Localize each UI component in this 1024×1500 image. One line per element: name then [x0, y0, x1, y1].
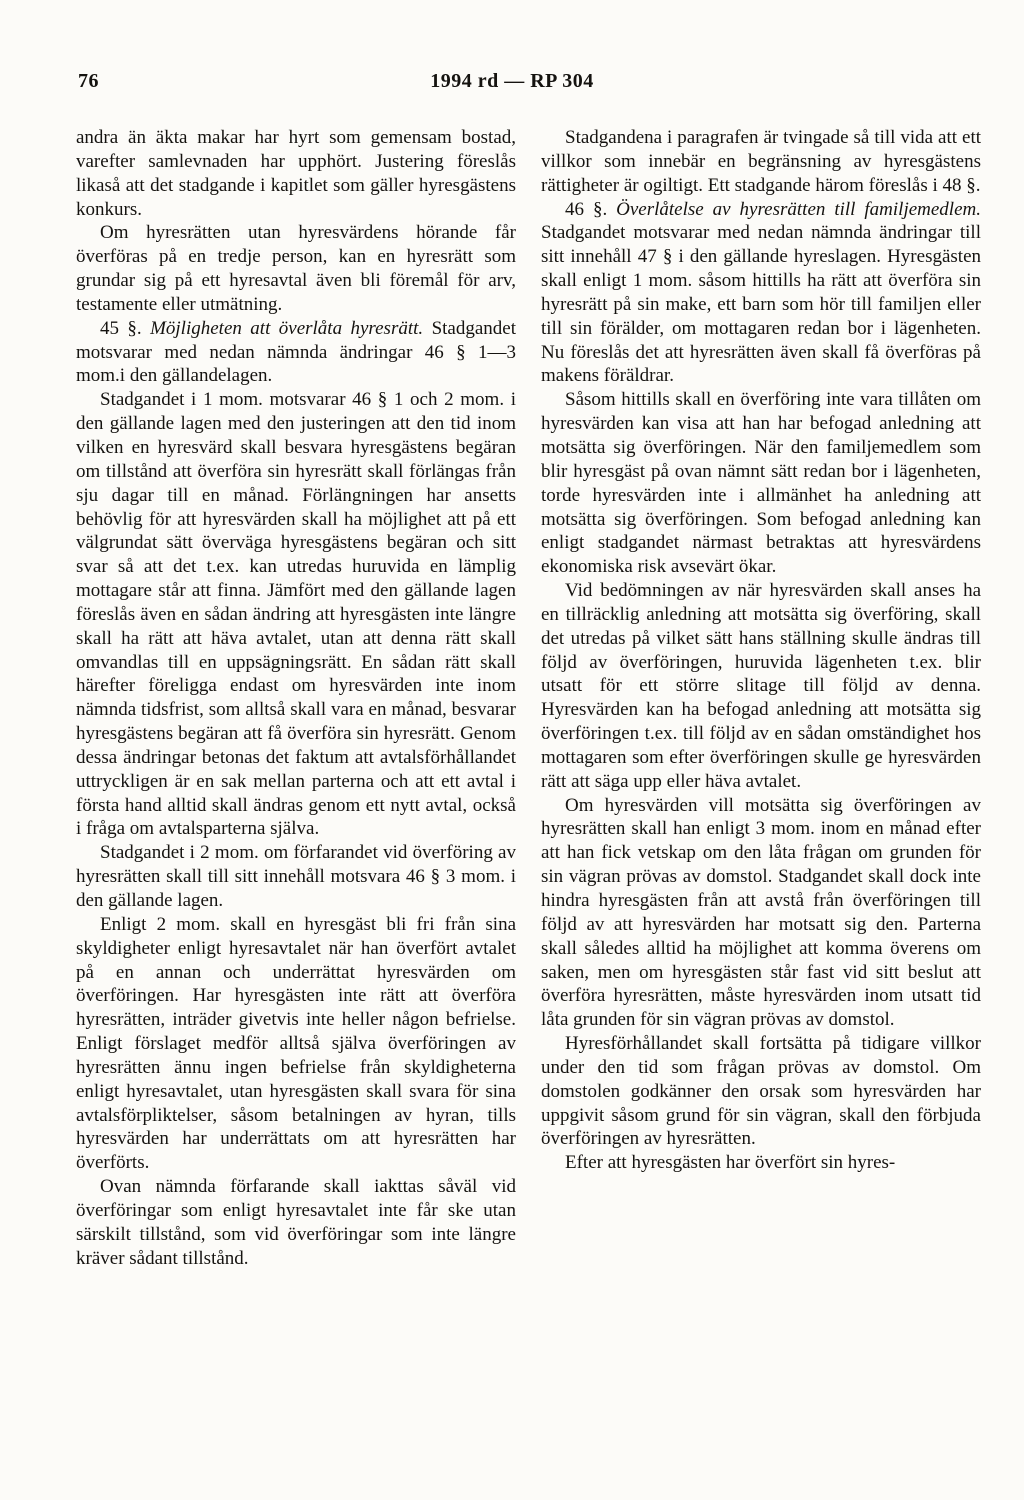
paragraph: Stadgandena i paragrafen är tvingade så …: [541, 126, 981, 198]
text-segment: Om hyresrätten utan hyresvärdens hörande…: [76, 222, 516, 315]
text-segment: Vid bedömningen av när hyresvärden skall…: [541, 580, 981, 792]
text-segment: Hyresförhållandet skall fortsätta på tid…: [541, 1033, 981, 1149]
paragraph: Enligt 2 mom. skall en hyresgäst bli fri…: [76, 913, 516, 1175]
paragraph: Om hyresrätten utan hyresvärdens hörande…: [76, 221, 516, 316]
paragraph: Stadgandet i 2 mom. om förfarandet vid ö…: [76, 841, 516, 913]
document-page: 76 1994 rd — RP 304 andra än äkta makar …: [0, 0, 1024, 1500]
section-title: Överlåtelse av hyresrätten till familjem…: [616, 199, 981, 220]
paragraph: Stadgandet i 1 mom. motsvarar 46 § 1 och…: [76, 388, 516, 841]
paragraph: 46 §. Överlåtelse av hyresrätten till fa…: [541, 198, 981, 389]
section-title: Möjligheten att överlåta hyresrätt.: [150, 318, 423, 339]
text-segment: Enligt 2 mom. skall en hyresgäst bli fri…: [76, 914, 516, 1173]
right-column: Stadgandena i paragrafen är tvingade så …: [541, 126, 981, 1271]
text-columns: andra än äkta makar har hyrt som gemensa…: [76, 126, 981, 1271]
paragraph: 45 §. Möjligheten att överlåta hyresrätt…: [76, 317, 516, 389]
running-header: 1994 rd — RP 304: [0, 70, 1024, 93]
text-segment: Om hyresvärden vill motsätta sig överför…: [541, 795, 981, 1031]
paragraph: Efter att hyresgästen har överfört sin h…: [541, 1151, 981, 1175]
paragraph: Såsom hittills skall en överföring inte …: [541, 388, 981, 579]
paragraph: Hyresförhållandet skall fortsätta på tid…: [541, 1032, 981, 1151]
text-segment: 45 §.: [100, 318, 150, 339]
paragraph: Om hyresvärden vill motsätta sig överför…: [541, 794, 981, 1032]
text-segment: Efter att hyresgästen har överfört sin h…: [565, 1152, 895, 1173]
text-segment: Stadgandena i paragrafen är tvingade så …: [541, 127, 981, 196]
paragraph: Ovan nämnda förfarande skall iakttas såv…: [76, 1175, 516, 1270]
text-segment: Ovan nämnda förfarande skall iakttas såv…: [76, 1176, 516, 1269]
text-segment: Stadgandet i 2 mom. om förfarandet vid ö…: [76, 842, 516, 911]
text-segment: Stadgandet i 1 mom. motsvarar 46 § 1 och…: [76, 389, 516, 839]
paragraph: Vid bedömningen av när hyresvärden skall…: [541, 579, 981, 794]
paragraph: andra än äkta makar har hyrt som gemensa…: [76, 126, 516, 221]
text-segment: Såsom hittills skall en överföring inte …: [541, 389, 981, 577]
left-column: andra än äkta makar har hyrt som gemensa…: [76, 126, 516, 1271]
text-segment: andra än äkta makar har hyrt som gemensa…: [76, 127, 516, 220]
text-segment: Stadgandet motsvarar med nedan nämnda än…: [541, 222, 981, 386]
text-segment: 46 §.: [565, 199, 616, 220]
